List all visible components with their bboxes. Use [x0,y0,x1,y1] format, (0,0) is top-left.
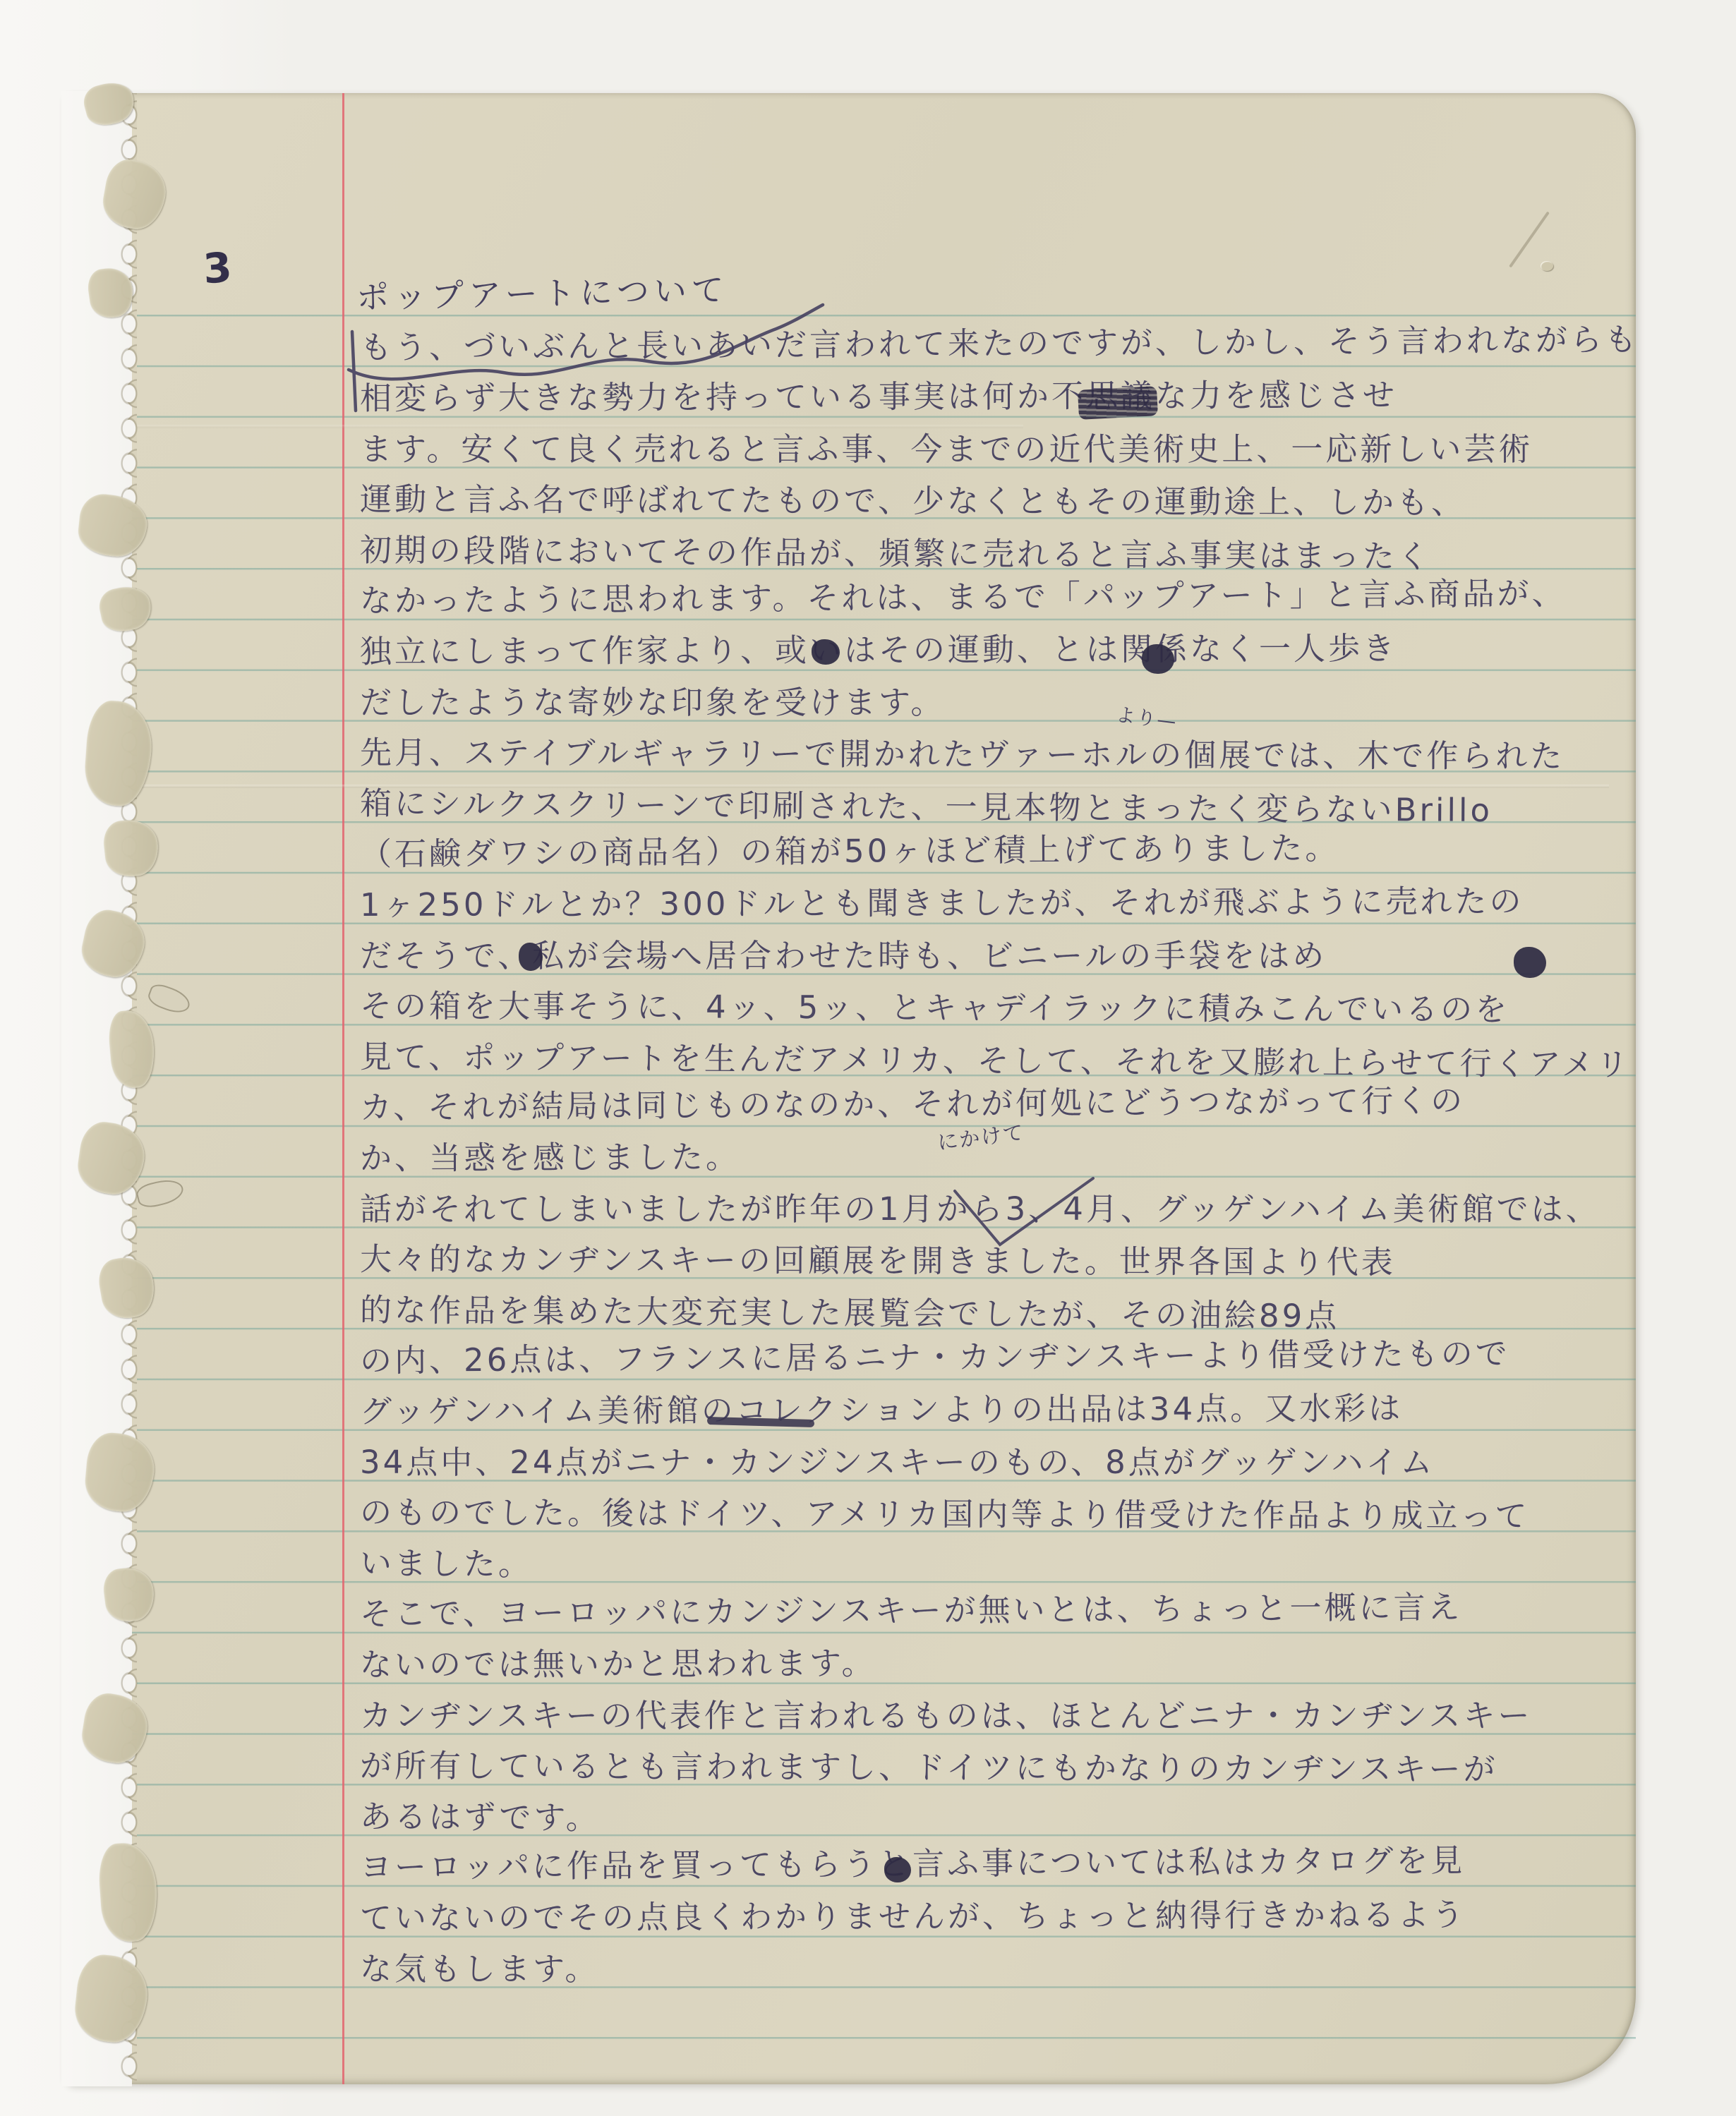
handwritten-line: なかったように思われます。それは、まるで「パップアート」と言ふ商品が、 [360,572,1630,626]
scanned-page: 3 ポップアートについて もう、づいぶんと長いあいだ言われて来たのですが、しかし… [0,0,1736,2116]
handwritten-line: カンヂンスキーの代表作と言われるものは、ほとんどニナ・カンヂンスキー [360,1694,1630,1741]
handwritten-line: ないのでは無いかと思われます。 [360,1639,1630,1690]
handwritten-line: 先月、ステイブルギャラリーで開かれたヴァーホルの個展では、木で作られた [360,731,1630,782]
handwritten-line: 34点中、24点がニナ・カンジンスキーのもの、8点がグッゲンハイム [360,1441,1630,1487]
ink-blot [1142,644,1174,674]
ink-blot [1514,947,1546,978]
handwritten-line: ます。安くて良く売れると言ふ事、今までの近代美術史上、一応新しい芸術 [360,428,1630,474]
handwritten-line: が所有しているとも言われますし、ドイツにもかなりのカンヂンスキーが [360,1744,1630,1795]
handwritten-line: な気もします。 [360,1947,1630,1994]
notebook-paper-sheet: 3 ポップアートについて もう、づいぶんと長いあいだ言われて来たのですが、しかし… [64,93,1636,2084]
handwritten-line: だしたような寄妙な印象を受けます。 [360,681,1630,727]
note-body: もう、づいぶんと長いあいだ言われて来たのですが、しかし、そう言われながらも相変ら… [64,93,1636,2084]
scribbled-out-character [1078,386,1158,420]
handwritten-line: の内、26点は、フランスに居るニナ・カンヂンスキーより借受けたもので [360,1331,1630,1386]
handwritten-line: ヨーロッパに作品を買ってもらうと言ふ事については私はカタログを見 [360,1838,1630,1892]
ink-blot [884,1857,911,1882]
handwritten-line: 1ヶ250ドルとか？300ドルとも聞きましたが、それが飛ぶように売れたの [360,879,1630,930]
handwritten-line: グッゲンハイム美術館のコレクションよりの出品は34点。又水彩は [360,1386,1630,1437]
handwritten-line: 大々的なカンヂンスキーの回顧展を開きました。世界各国より代表 [360,1238,1630,1288]
ink-blot [812,639,840,665]
handwritten-line: 相変らず大きな勢力を持っている事実は何か不思議な力を感じさせ [360,373,1630,423]
handwritten-line: （石鹸ダワシの商品名）の箱が50ヶほど積上げてありました。 [360,825,1630,879]
handwritten-line: ていないのでその点良くわかりませんが、ちょっと納得行きかねるよう [360,1892,1630,1943]
handwritten-line: のものでした。後はドイツ、アメリカ国内等より借受けた作品より成立って [360,1491,1630,1542]
ink-blot [519,943,543,971]
handwritten-line: もう、づいぶんと長いあいだ言われて来たのですが、しかし、そう言われながらも [360,318,1630,373]
handwritten-line: 運動と言ふ名で呼ばれてたもので、少なくともその運動途上、しかも、 [360,478,1630,528]
handwritten-line: そこで、ヨーロッパにカンジンスキーが無いとは、ちょっと一概に言え [360,1585,1630,1639]
handwritten-line: だそうで、私が会場へ居合わせた時も、ビニールの手袋をはめ [360,934,1630,981]
handwritten-line: 独立にしまって作家より、或いはその運動、とは関係なく一人歩き [360,626,1630,677]
handwritten-line: 話がそれてしまいましたが昨年の1月から3、4月、グッゲンハイム美術館では、 [360,1187,1630,1234]
handwritten-line: その箱を大事そうに、4ッ、5ッ、とキャデイラックに積みこんでいるのを [360,984,1630,1035]
